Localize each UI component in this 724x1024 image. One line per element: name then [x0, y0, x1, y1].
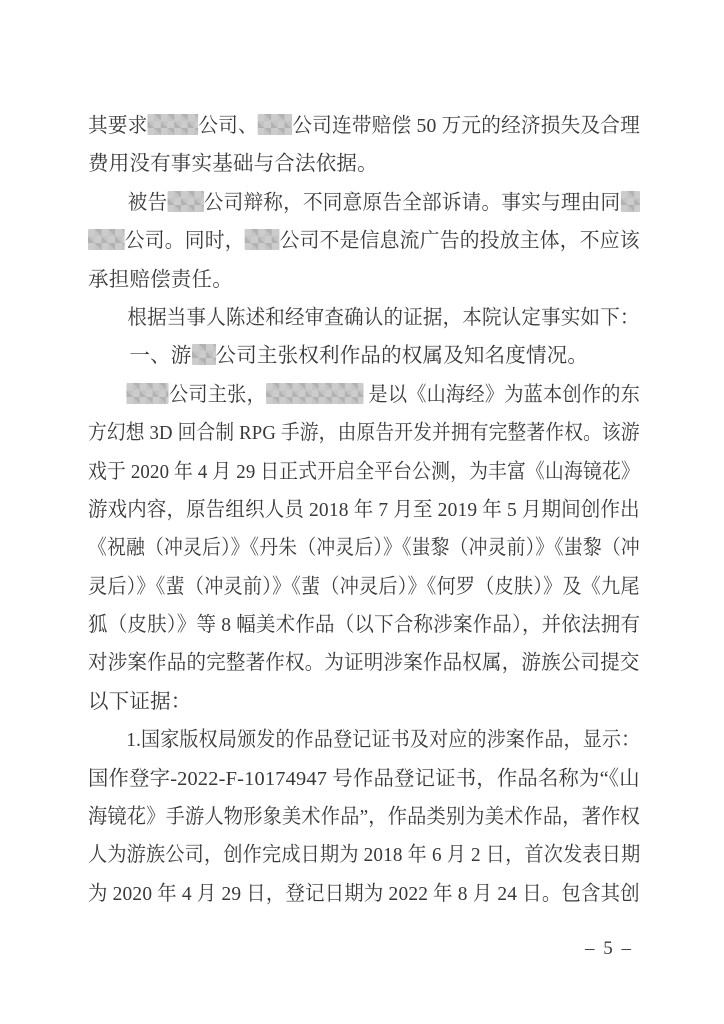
text-run: 公司主张，: [169, 384, 266, 406]
text-run: 1.国家版权局颁发的作品登记证书及对应的涉案作品，显示：: [88, 729, 640, 751]
text-run: 公司主张权利作品的权属及知名度情况。: [216, 345, 589, 367]
text-run: 被告: [88, 192, 167, 214]
text-run: 公司不是信息流广告的投放主体，不应该: [280, 230, 640, 252]
text-line: 承担赔偿责任。: [88, 261, 640, 299]
redaction-block: [266, 383, 363, 404]
redaction-block: [258, 114, 293, 135]
redaction-block: [245, 229, 280, 250]
text-run: 海镜花》手游人物形象美术作品”，作品类别为美术作品，著作权: [88, 806, 640, 828]
text-line: 公司。同时，公司不是信息流广告的投放主体，不应该: [88, 222, 622, 260]
text-line: 方幻想 3D 回合制 RPG 手游，由原告开发并拥有完整著作权。该游: [88, 414, 592, 452]
text-run: 国作登字-2022-F-10174947 号作品登记证书，作品名称为“《山: [88, 768, 640, 790]
text-line: 根据当事人陈述和经审查确认的证据，本院认定事实如下：: [88, 299, 613, 337]
text-run: 其要求: [88, 115, 148, 137]
text-run: 对涉案作品的完整著作权。为证明涉案作品权属，游族公司提交: [88, 652, 640, 674]
text-run: 公司。同时，: [125, 230, 245, 252]
text-run: 为 2020 年 4 月 29 日，登记日期为 2022 年 8 月 24 日。…: [88, 883, 640, 905]
page-number: – 5 –: [585, 938, 633, 960]
text-line: 其要求公司、公司连带赔偿 50 万元的经济损失及合理: [88, 107, 617, 145]
text-line: 《祝融（冲灵后）》《丹朱（冲灵后）》《蚩黎（冲灵前）》《蚩黎（冲: [88, 529, 595, 567]
redaction-block: [88, 229, 125, 250]
redaction-block: [148, 114, 199, 135]
text-run: 一、游: [88, 345, 192, 367]
text-line: 以下证据：: [88, 683, 640, 721]
text-line: 人为游族公司，创作完成日期为 2018 年 6 月 2 日，首次发表日期: [88, 836, 604, 874]
text-line: 一、游公司主张权利作品的权属及知名度情况。: [88, 337, 640, 375]
text-run: 《祝融（冲灵后）》《丹朱（冲灵后）》《蚩黎（冲灵前）》《蚩黎（冲: [88, 537, 640, 559]
text-run: 公司辩称，不同意原告全部诉请。事实与理由同: [204, 192, 621, 214]
document-page: 其要求公司、公司连带赔偿 50 万元的经济损失及合理费用没有事实基础与合法依据。…: [0, 0, 724, 1024]
text-line: 1.国家版权局颁发的作品登记证书及对应的涉案作品，显示：: [88, 721, 600, 759]
text-run: 游戏内容，原告组织人员 2018 年 7 月至 2019 年 5 月期间创作出: [88, 499, 640, 521]
text-run: 方幻想 3D 回合制 RPG 手游，由原告开发并拥有完整著作权。该游: [88, 422, 640, 444]
text-line: 灵后）》《蜚（冲灵前）》《蜚（冲灵后）》《何罗（皮肤）》及《九尾: [88, 568, 604, 606]
text-run: 戏于 2020 年 4 月 29 日正式开启全平台公测，为丰富《山海镜花》: [88, 461, 640, 483]
text-run: 根据当事人陈述和经审查确认的证据，本院认定事实如下：: [88, 307, 640, 329]
text-run: 人为游族公司，创作完成日期为 2018 年 6 月 2 日，首次发表日期: [88, 844, 640, 866]
text-line: 游戏内容，原告组织人员 2018 年 7 月至 2019 年 5 月期间创作出: [88, 491, 612, 529]
text-line: 狐（皮肤）》等 8 幅美术作品（以下合称涉案作品），并依法拥有: [88, 606, 613, 644]
text-run: 灵后）》《蜚（冲灵前）》《蜚（冲灵后）》《何罗（皮肤）》及《九尾: [88, 576, 640, 598]
text-line: 被告公司辩称，不同意原告全部诉请。事实与理由同: [88, 184, 617, 222]
text-run: 公司连带赔偿 50 万元的经济损失及合理: [292, 115, 640, 137]
text-run: [88, 384, 127, 406]
text-line: 戏于 2020 年 4 月 29 日正式开启全平台公测，为丰富《山海镜花》: [88, 453, 594, 491]
redaction-block: [127, 383, 169, 404]
text-run: 是以《山海经》为蓝本创作的东: [363, 384, 640, 406]
redaction-block: [167, 191, 203, 212]
redaction-block: [620, 191, 639, 212]
text-run: 狐（皮肤）》等 8 幅美术作品（以下合称涉案作品），并依法拥有: [88, 614, 640, 636]
text-run: 以下证据：: [88, 691, 192, 713]
text-line: 国作登字-2022-F-10174947 号作品登记证书，作品名称为“《山: [88, 760, 636, 798]
text-run: 费用没有事实基础与合法依据。: [88, 153, 378, 175]
redaction-block: [192, 344, 216, 365]
text-block: 其要求公司、公司连带赔偿 50 万元的经济损失及合理费用没有事实基础与合法依据。…: [88, 107, 640, 913]
text-run: 承担赔偿责任。: [88, 269, 233, 291]
text-line: 费用没有事实基础与合法依据。: [88, 145, 640, 183]
text-line: 公司主张， 是以《山海经》为蓝本创作的东: [88, 376, 605, 414]
text-run: 公司、: [198, 115, 258, 137]
text-line: 海镜花》手游人物形象美术作品”，作品类别为美术作品，著作权: [88, 798, 605, 836]
text-line: 为 2020 年 4 月 29 日，登记日期为 2022 年 8 月 24 日。…: [88, 875, 611, 913]
text-line: 对涉案作品的完整著作权。为证明涉案作品权属，游族公司提交: [88, 644, 613, 682]
